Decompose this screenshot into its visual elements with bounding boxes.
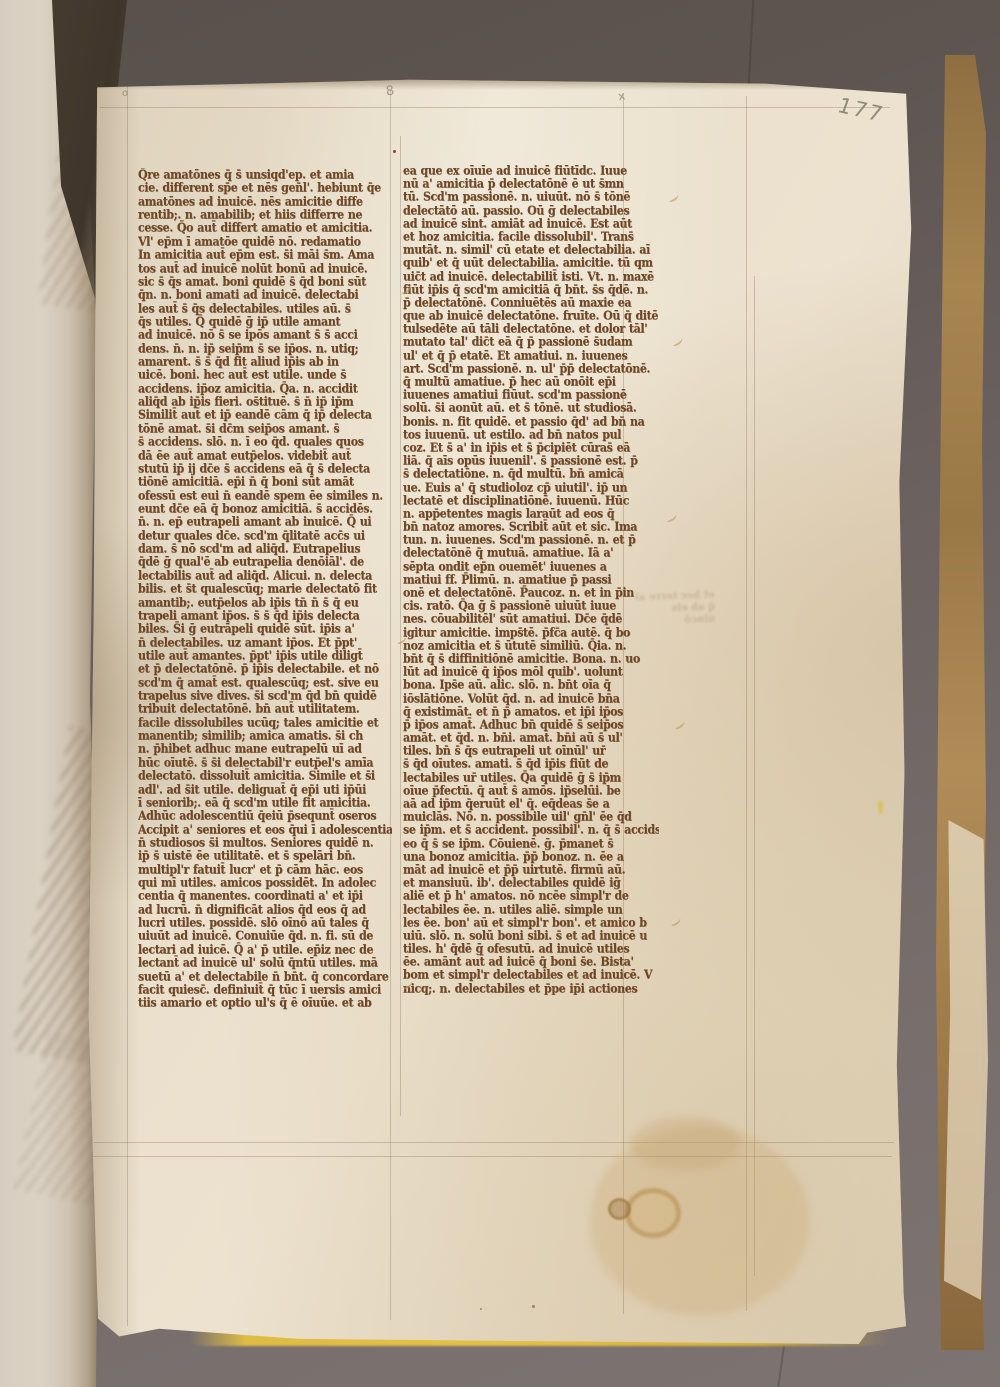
manuscript-text-line: tos aut̄ ad inuicē nolūt bonū ad inuicē. <box>138 262 392 276</box>
manuscript-text-line: que ab inuicē delectatōne. fruīte. Oū q̄… <box>403 309 659 323</box>
pen-trial-mark <box>669 916 682 927</box>
ruling-line-vertical <box>400 136 401 1116</box>
manuscript-text-line: eo q̄ s̄ se ip̄m. Cōuienē. ḡ. p̄manet s̄ <box>403 837 659 851</box>
manuscript-text-line: se ip̄m. et s̄ accident. possibil'. n. q… <box>403 823 659 837</box>
manuscript-text-line: delectatō. dissoluit̄ amicitia. Simile e… <box>138 769 392 783</box>
ruling-line-vertical <box>746 96 747 1311</box>
manuscript-text-line: amatōnes ad inuicē. nēs amicitie diffe <box>138 195 392 209</box>
manuscript-text-line: onē et delectatōnē. P̄aucoz. n. et in p̄… <box>403 586 659 600</box>
stain <box>630 1116 740 1171</box>
manuscript-text-line: trapeli amant ip̄os. s̄ s̄ q̄d ip̄is del… <box>138 609 392 623</box>
manuscript-text-line: iōslātiōne. Volūt q̄d. n. ad inuicē bn̄a <box>403 692 659 706</box>
manuscript-text-line: māt ad inuicē et p̄p̄ uirtutē. firmū aū. <box>403 863 659 877</box>
manuscript-text-line: n̄ delectabiles. uz amant ip̄os. Et p̄pt… <box>138 636 392 650</box>
manuscript-text-line: facit quiesc̄. definiuit̄ q̄ tūc ī uersi… <box>138 983 392 997</box>
manuscript-text-line: lectari ad iuicē. Q̄ a' p̄ utile. ep̄iz … <box>138 943 392 957</box>
manuscript-text-line: bn̄t q̄ s̄ diffinitiōnē amicitie. Bona. … <box>403 652 659 666</box>
manuscript-text-line: s̄ q̄d oīutes. amati. s̄ q̄d ip̄is fiūt … <box>403 757 659 771</box>
red-ink-speck <box>393 150 396 153</box>
manuscript-text-line: Accipit a' seniores et eos q̄ui ī adoles… <box>138 823 392 837</box>
manuscript-text-line: Vl' ep̄m ī amatōe quidē nō. redamatio <box>138 235 392 249</box>
manuscript-text-line: solū. s̄i aonūt aū. et s̄ tōnē. ut studi… <box>403 401 659 415</box>
manuscript-text-line: cesse. Q̄o aut̄ differt amatio et amicit… <box>138 221 392 235</box>
manuscript-text-line: igitur amicitie. imps̄tē. p̄fc̄a autē. q… <box>403 626 659 640</box>
clasp-remnant <box>946 428 976 486</box>
manuscript-text-line: lectant̄ ad inuicē ul' solū q̄ntū utiles… <box>138 956 392 970</box>
manuscript-text-line: ad lucrū. n̄ dignificāt alios q̄d eos q̄… <box>138 903 392 917</box>
manuscript-text-line: ip̄ s̄ uistē ēe utilitatē. et s̄ spelāri… <box>138 849 392 863</box>
manuscript-text-line: delectatōnē q̄ mutuā. amatiue. Iā a' <box>403 546 659 560</box>
pen-trial-mark <box>665 512 678 523</box>
manuscript-text-line: detur quales dc̄e. scd'm q̄litatē acc̄s … <box>138 529 392 543</box>
speck <box>532 1305 535 1308</box>
pen-trial-mark <box>667 192 680 203</box>
manuscript-text-line: oīue p̄fectū. q̄ aut̄ s̄ amōs. ip̄selūi.… <box>403 784 659 798</box>
manuscript-text-line: quib' et q̄ uūt delectabilia. amicitie. … <box>403 256 659 270</box>
manuscript-text-line: centia q̄ manentes. coordinati a' et ip̄… <box>138 889 392 903</box>
manuscript-text-line: ue. Euis a' q̄ studioloz cp̄ uiutil'. ip… <box>403 481 659 495</box>
ink-showthrough-text: et hec terre aī q̄ ab eis uincō <box>634 590 715 629</box>
manuscript-text-line: delectātō aū. passio. Oū ḡ delectabiles <box>403 204 659 218</box>
manuscript-text-line: matiui ff. P̄limū. n. amatiue p̄ passi <box>403 573 659 587</box>
manuscript-text-line: tiōnē amicitiā. ep̄i n̄ q̄ boni sūt amāt <box>138 475 392 489</box>
worn-cover-patch <box>944 820 988 1300</box>
manuscript-text-line: bn̄ natoz amores. Scribit̄ aūt et sic. I… <box>403 520 659 534</box>
ruling-line-horizontal <box>100 107 890 108</box>
manuscript-text-line: n. app̄etentes magis laraūt ad eos q̄ <box>403 507 659 521</box>
manuscript-text-line: scd'm q̄ amat̄ est. qualescūq; est. sive… <box>138 676 392 690</box>
text-column-left: Q̄re amatōnes q̄ s̄ unsiqd'ep. et amiaci… <box>138 168 392 1010</box>
manuscript-text-line: lectabiles ur̄ utiles. Q̄a quidē ḡ s̄ ip… <box>403 771 659 785</box>
manuscript-text-line: In amicitia aut̄ ep̄m est. s̄i māi s̄m. … <box>138 248 392 262</box>
quire-mark: o <box>122 88 128 99</box>
manuscript-text-line: q̄n. n. boni amati ad inuicē. delectabi <box>138 288 392 302</box>
manuscript-text-line: les aut̄ s̄ q̄s delectabiles. utiles aū.… <box>138 302 392 316</box>
manuscript-text-line: noz amicitia et s̄ ūtutē similiū. Q̄ia. … <box>403 639 659 653</box>
manuscript-text-line: uicē. boni. hec aut̄ est utile. unde s̄ <box>138 368 392 382</box>
manuscript-text-line: mutāt. n. simil' cū etate et delectabili… <box>403 243 659 257</box>
manuscript-text-line: bona. Ips̄e aū. alic. slō. n. bn̄t oīa q… <box>403 678 659 692</box>
ruling-line-vertical <box>754 276 755 1276</box>
ruling-line-horizontal <box>94 1142 894 1143</box>
pen-trial-mark <box>673 719 686 730</box>
manuscript-text-line: ad inuicē. nō s̄ se ipōs amant s̄ s̄ acc… <box>138 328 392 342</box>
stain-ring-small <box>608 1198 631 1220</box>
manuscript-text-line: biles. S̄i ḡ eutrāpeli quidē sūt. ip̄is … <box>138 622 392 636</box>
manuscript-text-line: lectabilis aut̄ ad aliq̄d. Alicui. n. de… <box>138 569 392 583</box>
manuscript-text-line: q̄dē ḡ qual'ē ab eutrapelia denōiāl'. de <box>138 555 392 569</box>
quire-mark: x <box>617 88 626 103</box>
manuscript-text-line: stutū ip̄ ij dc̄e s̄ accidens eā q̄ s̄ d… <box>138 462 392 476</box>
manuscript-text-line: hūc oīutē. s̄ s̄i delectabil'r eutp̄el's… <box>138 756 392 770</box>
manuscript-text-line: ea que ex oīuīe ad inuicē fiūtīdc. Iuue <box>403 164 659 178</box>
manuscript-text-line: tiis amario et optio ul's q̄ ē oīuūe. et… <box>138 996 392 1009</box>
manuscript-text-line: cie. different sp̄e et nēs gen̄l'. hebiu… <box>138 181 392 195</box>
manuscript-text-line: Similit̄ aut̄ et ip̄ eandē cām q̄ ip̄ de… <box>138 408 392 422</box>
manuscript-text-line: art. Scd'm passionē. n. ul' p̄p̄ delecta… <box>403 362 659 376</box>
manuscript-text-line: q̄ multū amatiue. p̄ hec aū onōit ep̄i <box>403 375 659 389</box>
manuscript-text-line: tū. Scd'm passionē. n. uiuūt. nō s̄ tōnē <box>403 190 659 204</box>
manuscript-text-line: facile dissolubiles ucūq; tales amicitie… <box>138 716 392 730</box>
manuscript-text-line: ul' et q̄ p̄ etatē. Et amatiui. n. iuuen… <box>403 349 659 363</box>
manuscript-text-line: sēpta ondit ep̄n ouemēt' iuuenes a <box>403 560 659 574</box>
manuscript-text-line: amāt. et q̄d. n. bn̄i. amat̄. bn̄i aū s̄… <box>403 731 659 745</box>
wax-drip <box>878 800 883 814</box>
manuscript-text-line: tribuit delectatōnē. bn̄ aut̄ utilitatem… <box>138 702 392 716</box>
manuscript-text-line: fiūt ip̄is q̄ scd'm amicitiā q̄ bn̄t. s̄… <box>403 283 659 297</box>
manuscript-photo: o 8 x 177 Q̄re amatōnes q̄ s̄ unsiqd'ep.… <box>0 0 1000 1387</box>
manuscript-text-line: tiles. h' q̄dē ḡ ofesutū. ad inuicē util… <box>403 942 659 956</box>
text-column-right: ea que ex oīuīe ad inuicē fiūtīdc. Iuuen… <box>403 164 659 995</box>
manuscript-text-line: lūt ad inuicē q̄ ip̄os mōl quib'. uolunt <box>403 665 659 679</box>
manuscript-text-line: sic s̄ q̄s amat. boni quidē s̄ q̄d boni … <box>138 275 392 289</box>
manuscript-text-line: multipl'r fatuit̄ lucr' et p̄ cām hāc. e… <box>138 863 392 877</box>
manuscript-text-line: ofessū est eui n̄ eandē spem ēe similes … <box>138 489 392 503</box>
manuscript-text-line: tōnē amat. s̄i dc̄m seip̄os amant. s̄ <box>138 422 392 436</box>
manuscript-text-line: n. p̄hibet adhuc mane eutrapelū uī ad <box>138 742 392 756</box>
stain-ring <box>625 1188 681 1238</box>
parchment-page[interactable]: o 8 x 177 Q̄re amatōnes q̄ s̄ unsiqd'ep.… <box>70 76 918 1344</box>
manuscript-text-line: bonis. n. fit quidē. et passio q̄d' ad b… <box>403 415 659 429</box>
manuscript-text-line: utile aut̄ amantes. p̄pt' ip̄is utile di… <box>138 649 392 663</box>
manuscript-text-line: coz. Et s̄ a' in ip̄is et s̄ p̄cipiēt cū… <box>403 441 659 455</box>
manuscript-text-line: q̄ existimāt. et n̄ p̄ amatos. et ip̄i i… <box>403 705 659 719</box>
manuscript-text-line: les ēe. bon' aū et simpl'r bon'. et amic… <box>403 916 659 930</box>
manuscript-text-line: dens. n̄. n. ip̄ seip̄m s̄ se ip̄os. n. … <box>138 342 392 356</box>
manuscript-text-line: Adhūc adolescentiū q̄eiū p̄sequnt̄ osero… <box>138 809 392 823</box>
manuscript-text-line: p̄ ip̄os amat̄. Adhuc bn̄ quidē s̄ seip̄… <box>403 718 659 732</box>
manuscript-text-line: accidens. ip̄oz amicitia. Q̄a. n. accidi… <box>138 382 392 396</box>
manuscript-text-line: aā ad ip̄m q̄eruūt el' q̄. eq̄deas s̄e a <box>403 797 659 811</box>
manuscript-text-line: adl'. ad s̄it utile. deliguat̄ q̄ ep̄i u… <box>138 783 392 797</box>
manuscript-text-line: suetū a' et delectabile n̄ bn̄t. q̄ conc… <box>138 970 392 984</box>
folio-number: 177 <box>835 93 888 126</box>
manuscript-text-line: nicq;. n. delectabiles et p̄pe ip̄i acti… <box>403 982 659 995</box>
manuscript-text-line: n̄ studiosos s̄i multos. Seniores quidē … <box>138 836 392 850</box>
manuscript-text-line: et p̄ delectatōnē. p̄ ip̄is delectabile.… <box>138 662 392 676</box>
manuscript-text-line: ad inuicē sint. amiāt ad inuicē. Est aūt <box>403 217 659 231</box>
manuscript-text-line: q̄s utiles. Q̄ quidē ḡ ip̄ utile amant <box>138 315 392 329</box>
manuscript-text-line: p̄ delectatōnē. Conniuētēs aū maxie ea <box>403 296 659 310</box>
manuscript-text-line: lectabiles ēe. n. utiles aliē. simple un <box>403 903 659 917</box>
manuscript-text-line: una bonoz amicitia. p̄p̄ bonoz. n. ēe a <box>403 850 659 864</box>
manuscript-text-line: et mansiuū. ib'. delectabiles quidē iḡ <box>403 876 659 890</box>
speck <box>480 1308 482 1310</box>
manuscript-text-line: bilis. et s̄t qualescūq; marie delectatō… <box>138 582 392 596</box>
manuscript-text-line: n̄. n. ep̄ eutrapeli amant ab inuicē. Q̄… <box>138 515 392 529</box>
manuscript-text-line: lectatē et disciplinatiōnē. iuuenū. Hūc <box>403 494 659 508</box>
manuscript-text-line: uiuūt ad inuicē. Conuiūe q̄d. n. fi. sū … <box>138 929 392 943</box>
manuscript-text-line: s̄ accidens. slō. n. ī eo q̄d. quales qu… <box>138 435 392 449</box>
manuscript-text-line: mutato tal' dic̄t eā q̄ p̄ passionē s̄ud… <box>403 335 659 349</box>
manuscript-text-line: aliē et p̄ h' amatos. nō ncēe simpl'r de <box>403 889 659 903</box>
manuscript-text-line: liā. q̄ aīs opūs iuuenil'. s̄ passionē e… <box>403 454 659 468</box>
pen-trial-mark <box>671 336 684 347</box>
manuscript-text-line: s̄ delectatiōne. n. q̄d multū. bn̄ amicā <box>403 467 659 481</box>
manuscript-text-line: tos iuuenū. ut estilo. ad bn̄ natos pul <box>403 428 659 442</box>
manuscript-text-line: bom et simpl'r delectabiles et ad inuicē… <box>403 968 659 982</box>
manuscript-text-line: ī seniorib;. eā q̄ scd'm utile fit amici… <box>138 796 392 810</box>
manuscript-text-line: dā ēe aut̄ amat eutp̄elos. videbit̄ aut̄ <box>138 449 392 463</box>
ruling-line-vertical <box>127 86 128 1326</box>
manuscript-text-line: nes. cōuabilitēl' sūt amatiui. Dc̄e q̄dē <box>403 612 659 626</box>
manuscript-text-line: amantib;. eutp̄elos ab ip̄is tn̄ n̄ s̄ q… <box>138 596 392 610</box>
manuscript-text-line: et hoz amicitia. facile dissolubil'. Tra… <box>403 230 659 244</box>
manuscript-text-line: uiū. slō. n. solū boni sibi. s̄ et ad in… <box>403 929 659 943</box>
manuscript-text-line: uic̄t ad inuicē. delectabilit̄ isti. Vt.… <box>403 270 659 284</box>
